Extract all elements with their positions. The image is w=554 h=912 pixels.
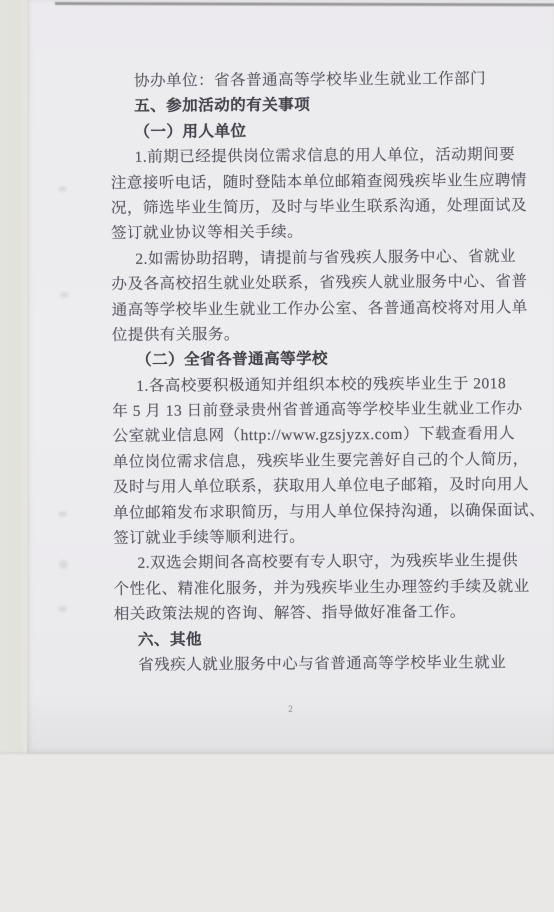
scanner-margin-strip [0,0,27,754]
paragraph-line: 公室就业信息网（http://www.gzsjyzx.com）下载查看用人 [112,422,522,450]
paragraph-line: 相关政策法规的咨询、解答、指导做好准备工作。 [114,599,524,627]
section-heading: （二）全省各普通高等学校 [112,345,522,373]
paragraph-line: 个性化、精准化服务，并为残疾毕业生办理签约手续及就业 [114,574,524,602]
paragraph-line: 1.各高校要积极通知并组织本校的残疾毕业生于 2018 [112,371,522,399]
paragraph-line: 签订就业手续等顺利进行。 [113,523,523,551]
paragraph-line: 通高等学校毕业生就业工作办公室、各普通高校将对用人单 [112,295,522,323]
section-heading: 六、其他 [114,625,524,653]
document-body: 协办单位：省各普通高等学校毕业生就业工作部门 五、参加活动的有关事项 （一）用人… [110,66,524,678]
paragraph-line: 1.前期已经提供岗位需求信息的用人单位，活动期间要 [111,142,521,170]
scanned-document-page: 协办单位：省各普通高等学校毕业生就业工作部门 五、参加活动的有关事项 （一）用人… [0,0,554,912]
scan-artifact [58,186,67,192]
paragraph-line: 单位岗位需求信息，残疾毕业生要完善好自己的个人简历， [113,447,523,475]
paragraph-line: 省残疾人就业服务中心与省普通高等学校毕业生就业 [114,650,524,678]
paragraph-line: 2.如需协助招聘，请提前与省残疾人服务中心、省就业 [111,244,521,272]
paragraph-line: 单位邮箱发布求职简历，与用人单位保持沟通，以确保面试、 [113,498,523,526]
paragraph-line: 协办单位：省各普通高等学校毕业生就业工作部门 [110,66,520,94]
section-heading: （一）用人单位 [110,117,520,145]
paragraph-line: 况，筛选毕业生简历，及时与毕业生联系沟通，处理面试及 [111,193,521,221]
paragraph-line: 位提供有关服务。 [112,320,522,348]
section-heading: 五、参加活动的有关事项 [110,92,520,120]
scan-artifact [60,292,69,298]
paragraph-line: 及时与用人单位联系，获取用人单位电子邮箱，及时向用人 [113,472,523,500]
paragraph-line: 注意接听电话，随时登陆本单位邮箱查阅残疾毕业生应聘情 [111,168,521,196]
scan-artifact [59,560,68,569]
paragraph-line: 签订就业协议等相关手续。 [111,218,521,246]
paper-bottom-edge [0,752,554,755]
page-number: 2 [27,704,554,714]
scan-artifact [58,511,67,517]
paragraph-line: 2.双选会期间各高校要有专人职守，为残疾毕业生提供 [113,549,523,577]
paragraph-line: 年 5 月 13 日前登录贵州省普通高等学校毕业生就业工作办 [112,396,522,424]
paragraph-line: 办及各高校招生就业处联系，省残疾人就业服务中心、省普 [111,269,521,297]
scan-artifact [58,606,67,612]
